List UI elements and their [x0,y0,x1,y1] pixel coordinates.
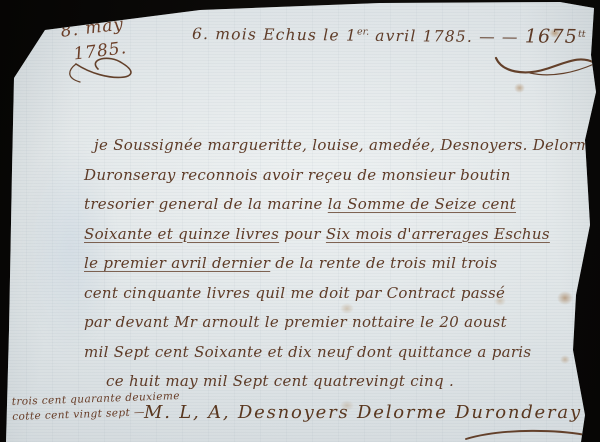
underlined-text: Six mois d'arrerages Eschus [326,225,550,243]
manuscript-text: pour [279,225,326,243]
manuscript-text: tresorier general de la marine [84,195,328,213]
manuscript-line: par devant Mr arnoult le premier nottair… [84,308,576,338]
flourish-under-amount-icon [490,48,600,80]
header-text: avril 1785. — — [369,27,525,47]
underlined-text: le premier avril dernier [84,254,270,272]
signature: M. L, A, Desnoyers Delorme Duronderay [144,402,582,423]
livres-symbol: tt [578,29,586,40]
manuscript-line: le premier avril dernier de la rente de … [84,249,576,279]
manuscript-text: Duronseray reconnois avoir reçeu de mons… [84,166,511,184]
manuscript-text: par devant Mr arnoult le premier nottair… [84,313,507,331]
manuscript-line: mil Sept cent Soixante et dix neuf dont … [84,338,576,368]
header-text: 6. mois Echus le 1 [192,25,357,45]
foxing-stain [514,83,525,93]
header-trail-marks: .,,. [586,29,600,47]
manuscript-line: tresorier general de la marine la Somme … [84,190,576,220]
flourish-under-signature-icon [462,426,598,442]
underlined-text: Soixante et quinze livres [84,225,279,243]
manuscript-text: de la rente de trois mil trois [270,254,497,272]
letter-paper: 8. may 1785. 6. mois Echus le 1er. avril… [0,0,600,442]
manuscript-line: Soixante et quinze livres pour Six mois … [84,220,576,250]
header-amount: 1675 [525,25,578,48]
manuscript-text: mil Sept cent Soixante et dix neuf dont … [84,343,531,361]
manuscript-line: je Soussignée margueritte, louise, amedé… [94,131,576,161]
underlined-text: la Somme de Seize cent [328,195,516,213]
header-line: 6. mois Echus le 1er. avril 1785. — — 16… [192,22,592,48]
manuscript-text: cent cinquante livres quil me doit par C… [84,284,505,302]
body-lines: je Soussignée margueritte, louise, amedé… [84,131,576,397]
manuscript-text: je Soussignée margueritte, louise, amedé… [94,136,600,154]
photograph: 8. may 1785. 6. mois Echus le 1er. avril… [0,0,600,442]
header-superscript: er. [357,26,369,37]
flourish-under-date-icon [58,56,170,90]
manuscript-line: cent cinquante livres quil me doit par C… [84,279,576,309]
manuscript-text: ce huit may mil Sept cent quatrevingt ci… [106,372,454,390]
manuscript-line: Duronseray reconnois avoir reçeu de mons… [84,161,576,191]
